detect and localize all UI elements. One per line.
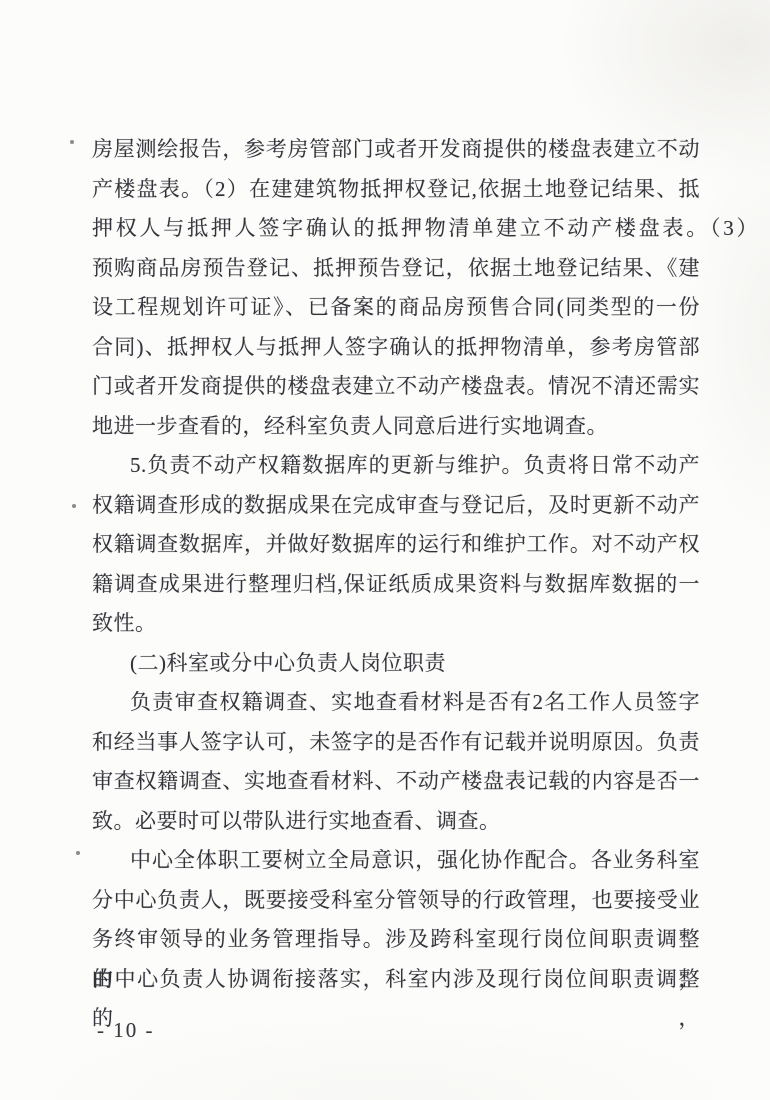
text-line: 房屋测绘报告，参考房管部门或者开发商提供的楼盘表建立不动 [92,130,700,170]
text-line: 预购商品房预告登记、抵押预告登记，依据土地登记结果、《建 [92,249,700,289]
document-page: 房屋测绘报告，参考房管部门或者开发商提供的楼盘表建立不动 产楼盘表。（2）在建建… [0,0,770,1100]
text-block: 房屋测绘报告，参考房管部门或者开发商提供的楼盘表建立不动 产楼盘表。（2）在建建… [92,130,700,999]
margin-scan-dot [76,851,80,855]
text-line: 地进一步查看的，经科室负责人同意后进行实地调查。 [92,407,700,447]
page-number: - 10 - [97,1018,155,1043]
text-line: 和经当事人签字认可，未签字的是否作有记载并说明原因。负责 [92,723,700,763]
text-line: 设工程规划许可证》、已备案的商品房预售合同(同类型的一份 [92,288,700,328]
text-line: 5.负责不动产权籍数据库的更新与维护。负责将日常不动产 [92,446,700,486]
text-line: 审查权籍调查、实地查看材料、不动产楼盘表记载的内容是否一 [92,762,700,802]
margin-scan-dot [70,140,74,144]
text-line: 押权人与抵押人签字确认的抵押物清单建立不动产楼盘表。（3） [92,209,758,249]
text-line: 产楼盘表。（2）在建建筑物抵押权登记,依据土地登记结果、抵 [92,170,700,210]
text-line: 权籍调查形成的数据成果在完成审查与登记后，及时更新不动产 [92,486,700,526]
text-line: 合同)、抵押权人与抵押人签字确认的抵押物清单，参考房管部 [92,328,700,368]
section-heading-line: (二)科室或分中心负责人岗位职责 [92,644,700,684]
text-line: 中心全体职工要树立全局意识，强化协作配合。各业务科室 [92,841,700,881]
text-line: 门或者开发商提供的楼盘表建立不动产楼盘表。情况不清还需实 [92,367,700,407]
text-line: 籍调查成果进行整理归档,保证纸质成果资料与数据库数据的一 [92,565,700,605]
text-line: 分中心负责人，既要接受科室分管领导的行政管理，也要接受业 [92,881,700,921]
text-line: 务终审领导的业务管理指导。涉及跨科室现行岗位间职责调整的， [92,920,700,960]
margin-scan-dot [72,504,76,508]
text-line: 致性。 [92,604,700,644]
text-line: 负责审查权籍调查、实地查看材料是否有2名工作人员签字 [92,683,700,723]
text-line: 致。必要时可以带队进行实地查看、调查。 [92,802,700,842]
text-line: 权籍调查数据库，并做好数据库的运行和维护工作。对不动产权 [92,525,700,565]
text-line: 由中心负责人协调衔接落实，科室内涉及现行岗位间职责调整的， [92,960,700,1000]
